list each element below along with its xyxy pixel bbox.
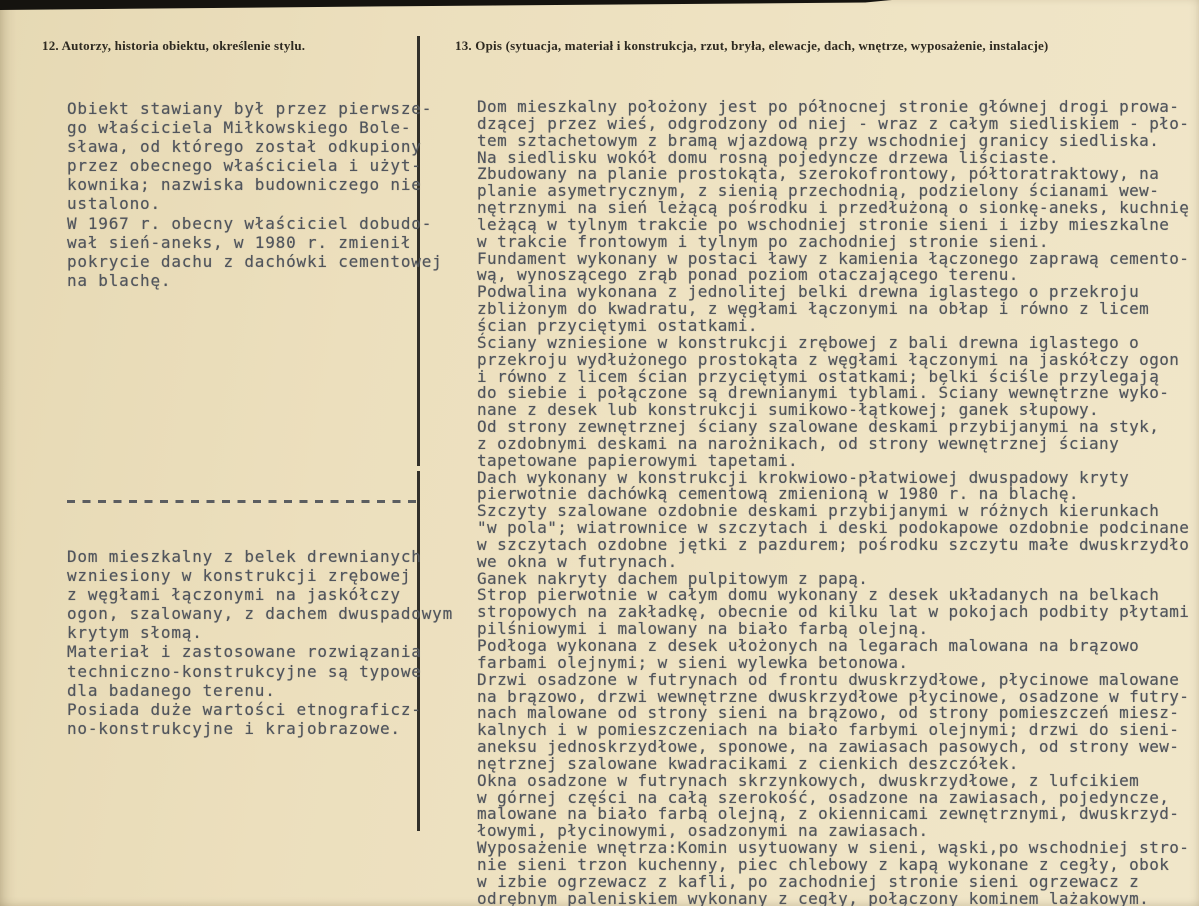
scanned-document-page: 12. Autorzy, historia obiektu, określeni… <box>0 0 1199 906</box>
scan-edge-artifact <box>0 0 892 10</box>
section-12-paragraph-history: Obiekt stawiany był przez pierwsze- go w… <box>67 99 452 290</box>
dashed-separator <box>67 500 423 503</box>
section-12-paragraph-style: Dom mieszkalny z belek drewnianych wznie… <box>67 547 452 738</box>
section-13-header: 13. Opis (sytuacja, materiał i konstrukc… <box>455 38 1048 54</box>
section-13-description-text: Dom mieszkalny położony jest po północne… <box>477 99 1199 906</box>
section-12-header: 12. Autorzy, historia obiektu, określeni… <box>42 38 305 54</box>
